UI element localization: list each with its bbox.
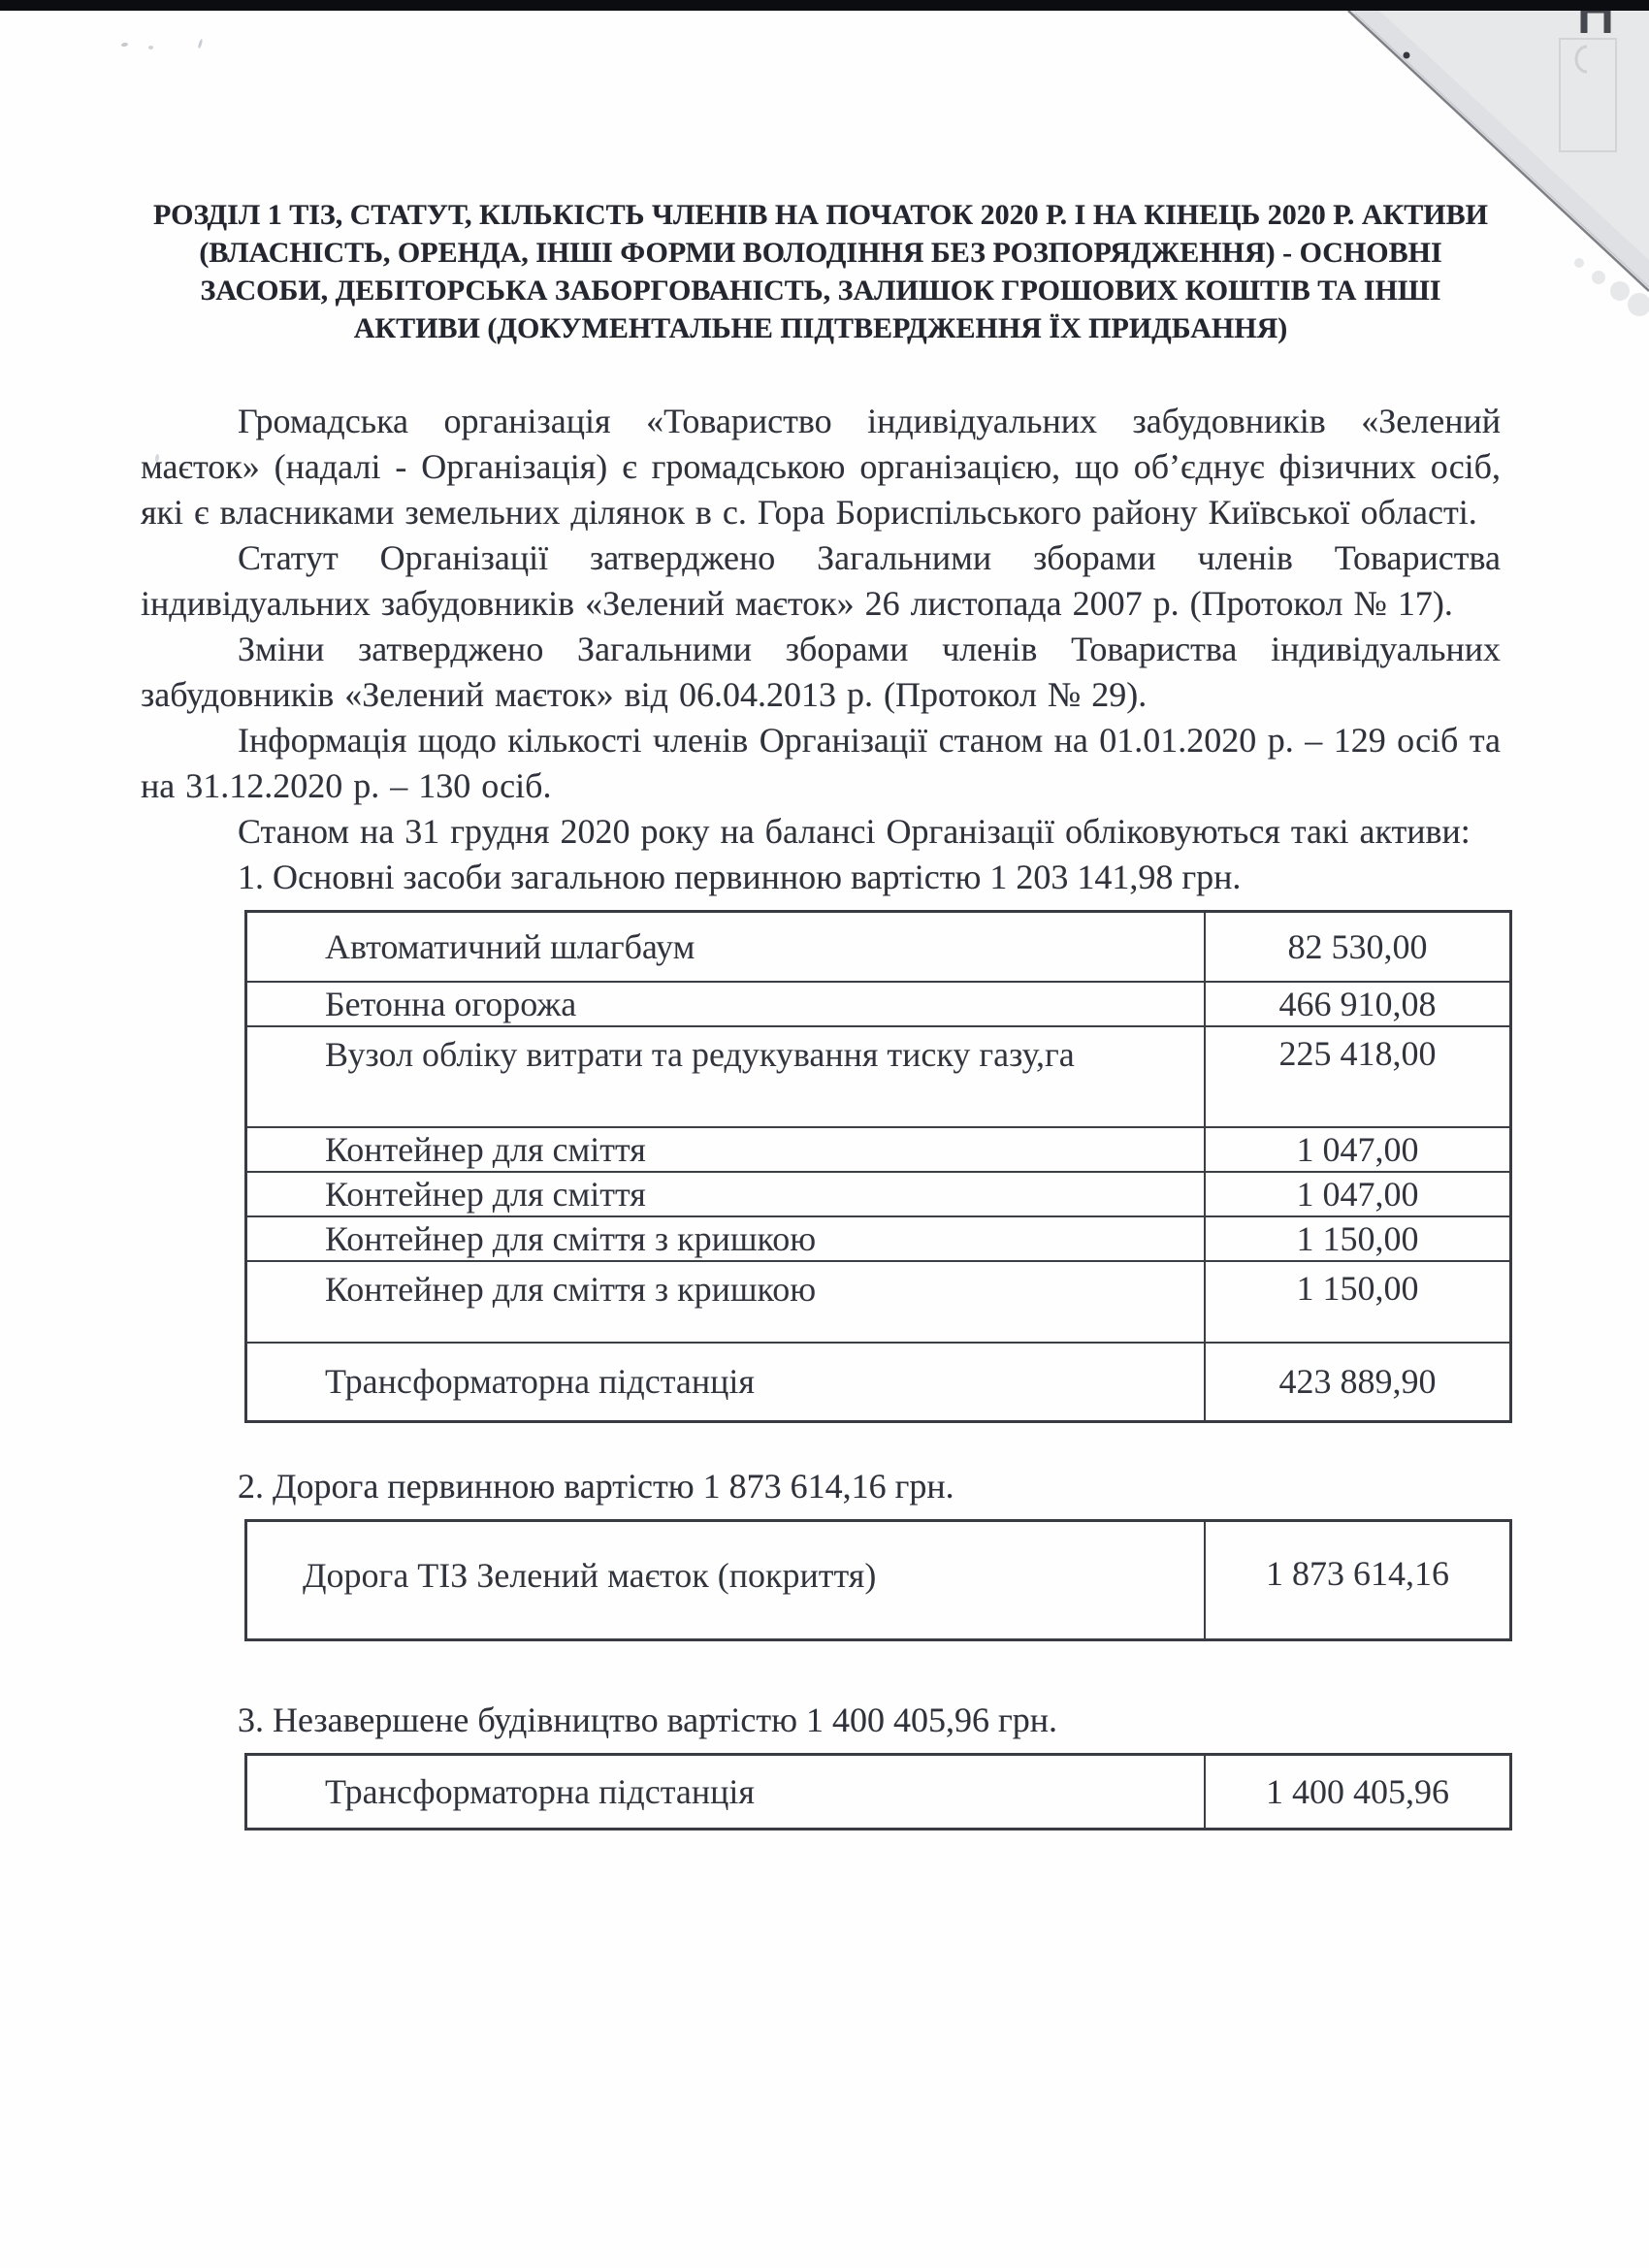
asset-name-cell: Автоматичний шлагбаум (246, 912, 1206, 982)
table-row: Контейнер для сміття з кришкою 1 150,00 (246, 1216, 1511, 1261)
table-row: Контейнер для сміття з кришкою 1 150,00 (246, 1261, 1511, 1343)
scanned-document-page: { "doc": { "title": "РОЗДІЛ 1 ТІЗ, СТАТУ… (0, 0, 1649, 2268)
asset-name: Трансформаторна підстанція (247, 1770, 1204, 1813)
table-row: Автоматичний шлагбаум 82 530,00 (246, 912, 1511, 982)
section-heading-fixed-assets: 1. Основні засоби загальною первинною ва… (141, 855, 1501, 900)
table-row: Бетонна огорожа 466 910,08 (246, 982, 1511, 1026)
asset-value-cell: 423 889,90 (1205, 1343, 1511, 1422)
construction-in-progress-table: Трансформаторна підстанція 1 400 405,96 (244, 1753, 1512, 1831)
asset-value-cell: 82 530,00 (1205, 912, 1511, 982)
paragraph-statute-changes: Зміни затверджено Загальними зборами чле… (141, 627, 1501, 718)
asset-value-cell: 466 910,08 (1205, 982, 1511, 1026)
asset-name-cell: Контейнер для сміття з кришкою (246, 1261, 1206, 1343)
paragraph-members-count: Інформація щодо кількості членів Організ… (141, 718, 1501, 809)
page-fold-corner (1329, 0, 1649, 320)
asset-name-cell: Контейнер для сміття з кришкою (246, 1216, 1206, 1261)
section-heading-road: 2. Дорога первинною вартістю 1 873 614,1… (141, 1464, 1501, 1509)
scan-speck (198, 39, 204, 49)
road-table: Дорога ТІЗ Зелений маєток (покриття) 1 8… (244, 1519, 1512, 1641)
asset-name-cell: Вузол обліку витрати та редукування тиск… (246, 1026, 1206, 1127)
table-row: Трансформаторна підстанція 1 400 405,96 (246, 1755, 1511, 1830)
scan-speck (148, 46, 153, 49)
table-row: Вузол обліку витрати та редукування тиск… (246, 1026, 1511, 1127)
asset-name-cell: Бетонна огорожа (246, 982, 1206, 1026)
scan-speck (121, 42, 129, 47)
asset-name: Бетонна огорожа (247, 983, 1204, 1025)
fold-edge-mottle (1628, 293, 1649, 316)
document-content: РОЗДІЛ 1 ТІЗ, СТАТУТ, КІЛЬКІСТЬ ЧЛЕНІВ Н… (141, 196, 1501, 1831)
asset-name-cell: Трансформаторна підстанція (246, 1343, 1206, 1422)
paragraph-balance-intro: Станом на 31 грудня 2020 року на балансі… (141, 809, 1501, 855)
asset-name: Контейнер для сміття (247, 1128, 1204, 1171)
fixed-assets-table: Автоматичний шлагбаум 82 530,00 Бетонна … (244, 910, 1512, 1423)
asset-name-cell: Контейнер для сміття (246, 1127, 1206, 1172)
table-row: Контейнер для сміття 1 047,00 (246, 1127, 1511, 1172)
asset-value-cell: 1 400 405,96 (1205, 1755, 1511, 1830)
asset-name: Контейнер для сміття з кришкою (247, 1268, 1204, 1311)
asset-value-cell: 1 150,00 (1205, 1216, 1511, 1261)
asset-name: Контейнер для сміття (247, 1173, 1204, 1215)
scan-speck-dot (1404, 52, 1410, 59)
scan-edge-strip (0, 0, 1649, 11)
asset-name-cell: Контейнер для сміття (246, 1172, 1206, 1216)
table-row: Контейнер для сміття 1 047,00 (246, 1172, 1511, 1216)
asset-value-cell: 225 418,00 (1205, 1026, 1511, 1127)
asset-name-cell: Трансформаторна підстанція (246, 1755, 1206, 1830)
table-row: Дорога ТІЗ Зелений маєток (покриття) 1 8… (246, 1521, 1511, 1640)
fold-edge-mottle (1610, 281, 1630, 301)
asset-value-cell: 1 047,00 (1205, 1127, 1511, 1172)
asset-value-cell: 1 873 614,16 (1205, 1521, 1511, 1640)
asset-name: Вузол обліку витрати та редукування тиск… (247, 1033, 1204, 1076)
asset-value-cell: 1 150,00 (1205, 1261, 1511, 1343)
asset-name: Контейнер для сміття з кришкою (247, 1217, 1204, 1260)
asset-name: Трансформаторна підстанція (247, 1360, 1204, 1403)
asset-name: Дорога ТІЗ Зелений маєток (покриття) (247, 1554, 1204, 1606)
paragraph-statute-approval: Статут Організації затверджено Загальним… (141, 535, 1501, 627)
document-title: РОЗДІЛ 1 ТІЗ, СТАТУТ, КІЛЬКІСТЬ ЧЛЕНІВ Н… (141, 196, 1501, 347)
asset-name: Автоматичний шлагбаум (247, 925, 1204, 968)
table-row: Трансформаторна підстанція 423 889,90 (246, 1343, 1511, 1422)
asset-value-cell: 1 047,00 (1205, 1172, 1511, 1216)
fold-edge-mottle (1592, 271, 1605, 284)
paragraph-organization-intro: Громадська організація «Товариство індив… (141, 399, 1501, 535)
fold-edge-mottle (1574, 258, 1584, 268)
asset-name-cell: Дорога ТІЗ Зелений маєток (покриття) (246, 1521, 1206, 1640)
section-heading-construction: 3. Незавершене будівництво вартістю 1 40… (141, 1698, 1501, 1743)
